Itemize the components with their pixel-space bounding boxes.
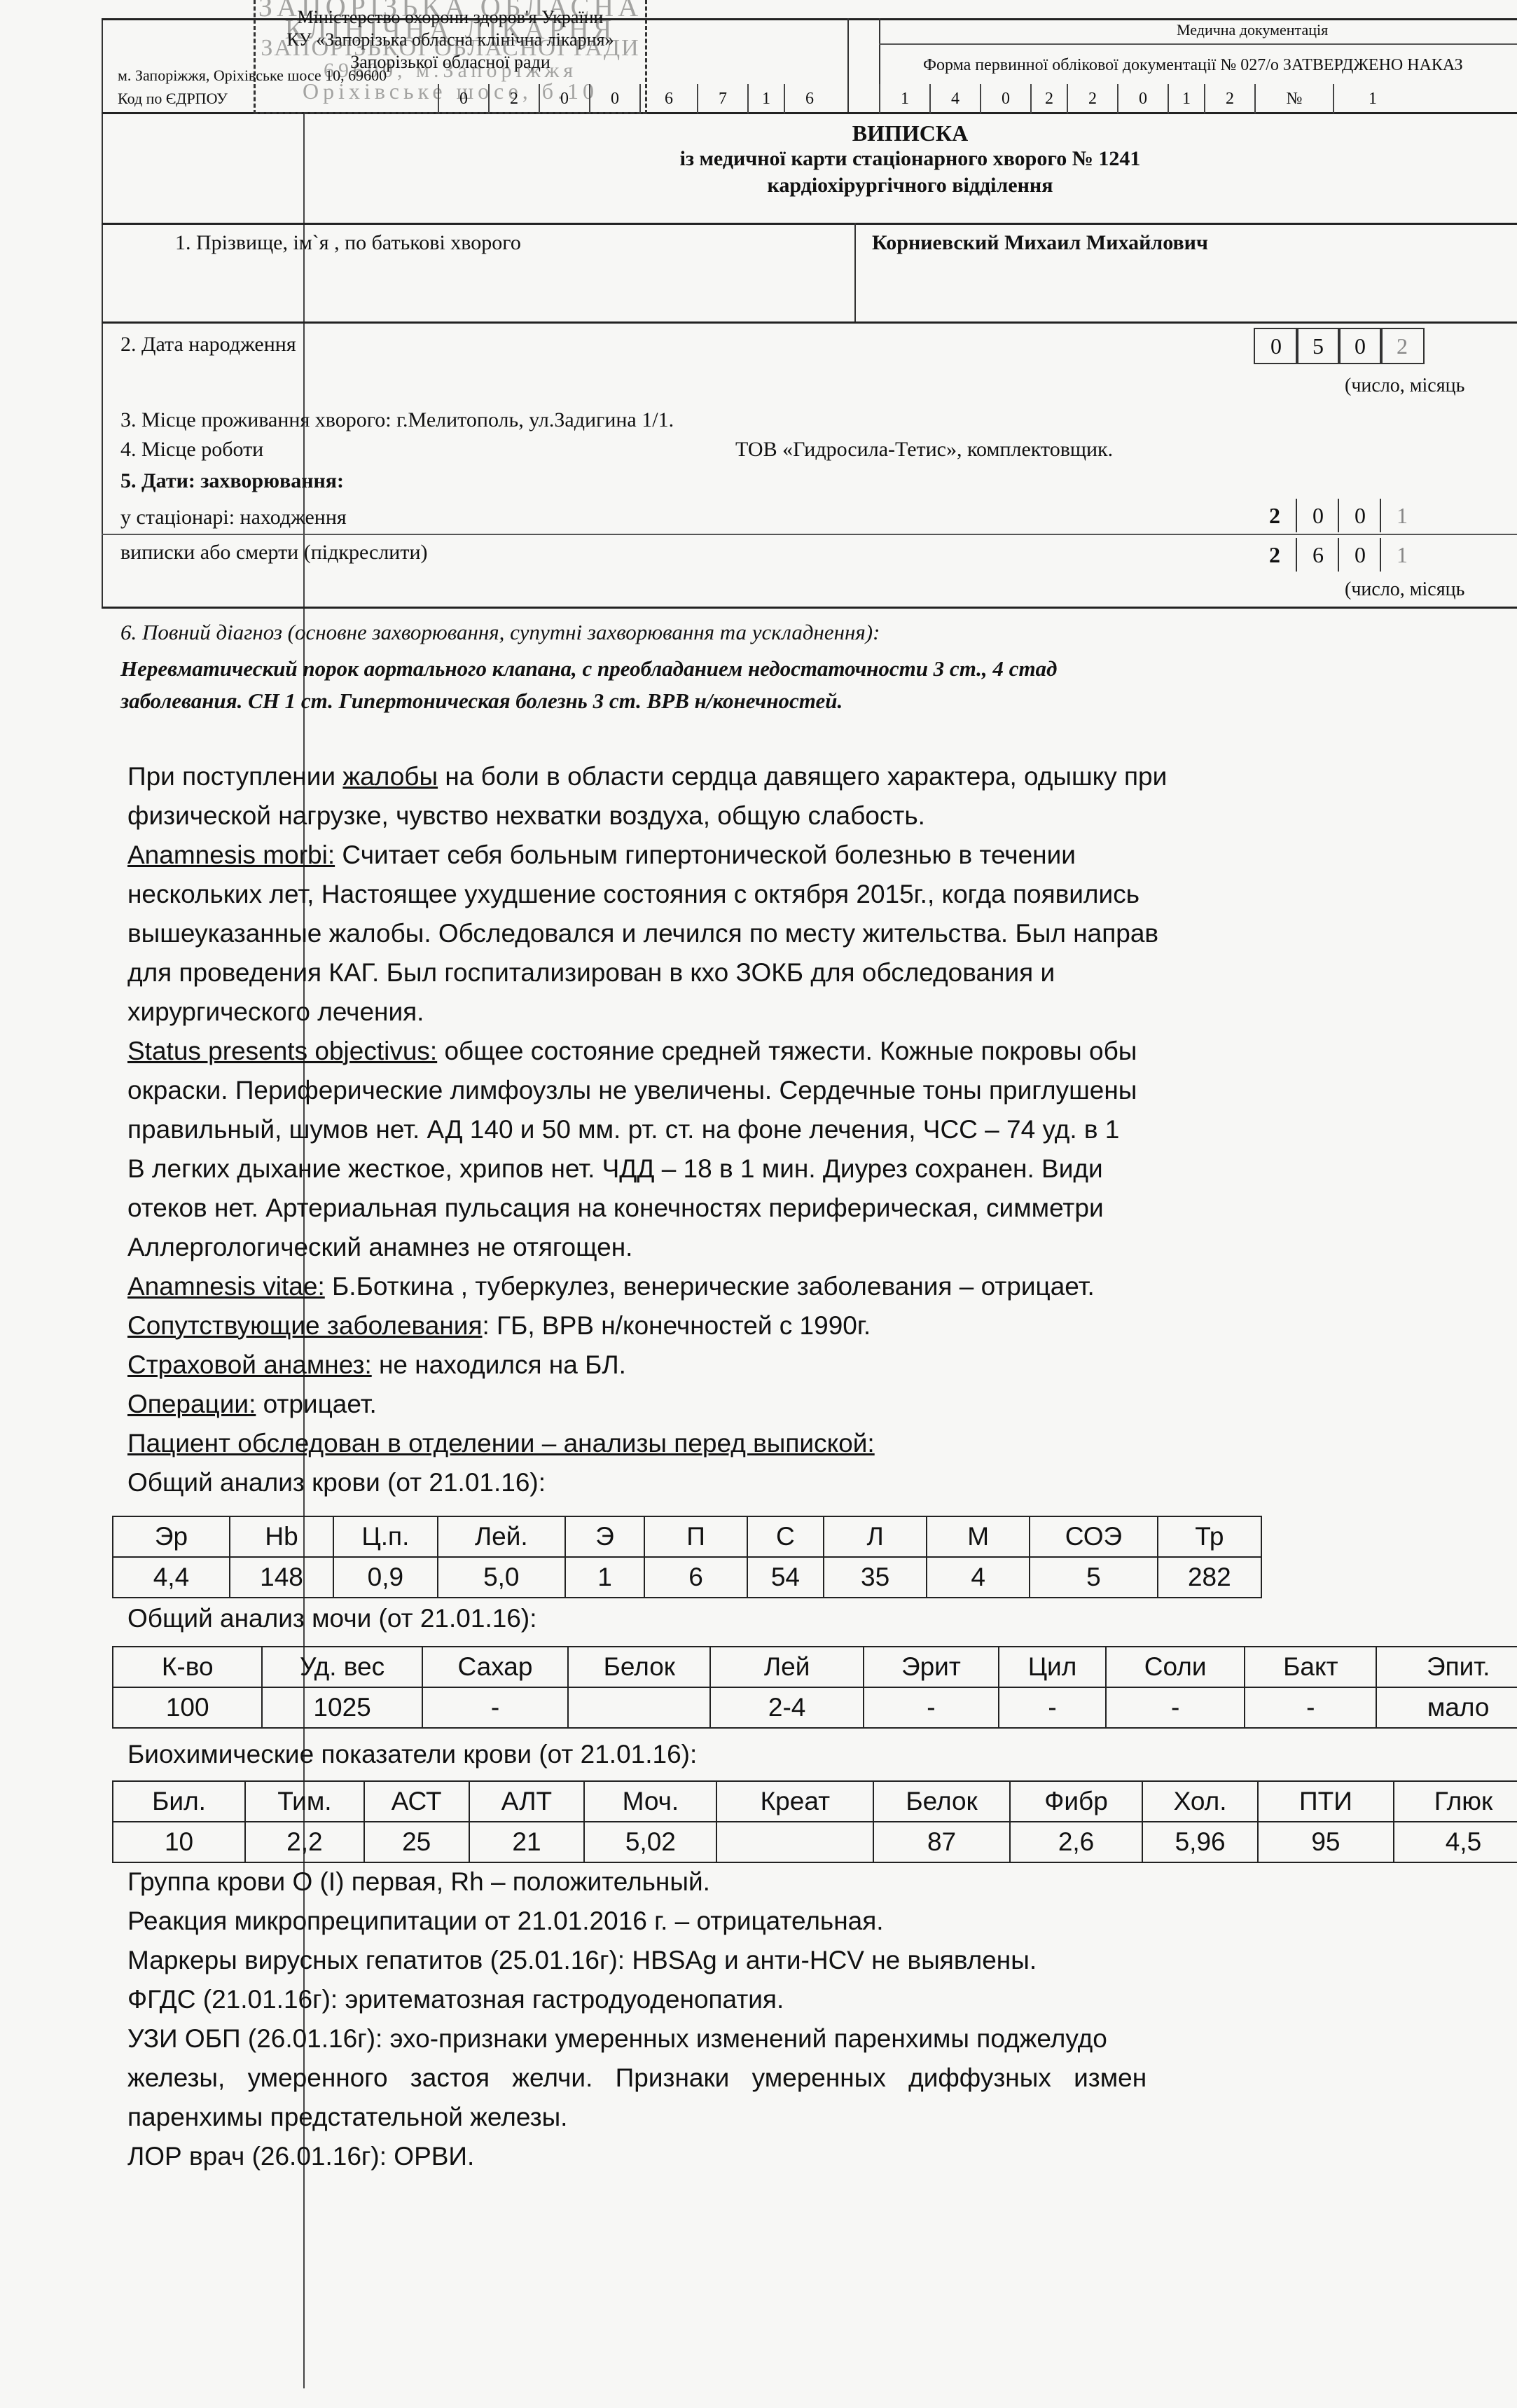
table-cell: мало xyxy=(1376,1687,1517,1728)
table-cell: 148 xyxy=(230,1557,333,1598)
column-header: К-во xyxy=(113,1647,262,1687)
uzi-line-1: УЗИ ОБП (26.01.16г): эхо-признаки умерен… xyxy=(127,2024,1107,2054)
blood-test-table: ЭрHbЦ.п.Лей.ЭПСЛМСОЭТр4,41480,95,0165435… xyxy=(112,1516,1262,1598)
table-row: 102,225215,02872,65,96954,5 xyxy=(113,1822,1517,1862)
document-title: ВИПИСКА xyxy=(303,120,1517,146)
status-line-3: правильный, шумов нет. АД 140 и 50 мм. р… xyxy=(127,1115,1119,1144)
microprecipitation: Реакция микропреципитации от 21.01.2016 … xyxy=(127,1907,884,1936)
operations: Операции: отрицает. xyxy=(127,1390,377,1419)
table-cell: 5,96 xyxy=(1142,1822,1258,1862)
column-header: Лей xyxy=(710,1647,863,1687)
table-cell: 100 xyxy=(113,1687,262,1728)
table-cell: 6 xyxy=(644,1557,747,1598)
comorbidities-label: Сопутствующие заболевания xyxy=(127,1311,483,1340)
column-header: Л xyxy=(824,1516,927,1557)
order-code: 14022012№1 xyxy=(879,84,1411,113)
anamnesis-morbi-line-3: вышеуказанные жалобы. Обследовался и леч… xyxy=(127,919,1158,948)
column-header: АСТ xyxy=(364,1781,469,1822)
complaints-line-2: физической нагрузке, чувство нехватки во… xyxy=(127,801,925,831)
date-digit: 0 xyxy=(1338,538,1381,572)
code-digit: 2 xyxy=(1030,84,1067,113)
form-label: Форма первинної облікової документації №… xyxy=(923,56,1463,75)
text: общее состояние средней тяжести. Кожные … xyxy=(437,1037,1137,1065)
table-cell: - xyxy=(1106,1687,1245,1728)
table-cell: 1 xyxy=(565,1557,644,1598)
dob-hint: (число, місяць xyxy=(1345,375,1464,397)
examined-heading: Пациент обследован в отделении – анализы… xyxy=(127,1429,875,1458)
code-digit: 0 xyxy=(1117,84,1168,113)
column-header: Бил. xyxy=(113,1781,245,1822)
anamnesis-morbi-line-4: для проведения КАГ. Был госпитализирован… xyxy=(127,958,1055,988)
code-digit: 0 xyxy=(589,84,639,113)
table-row: 1001025-2-4----мало xyxy=(113,1687,1517,1728)
patient-name-label: 1. Прізвище, ім`я , по батькові хворого xyxy=(175,231,521,255)
column-header: Креат xyxy=(716,1781,873,1822)
table-cell: 87 xyxy=(873,1822,1010,1862)
code-digit: 6 xyxy=(639,84,697,113)
table-header-row: ЭрHbЦ.п.Лей.ЭПСЛМСОЭТр xyxy=(113,1516,1261,1557)
table-cell: 282 xyxy=(1158,1557,1261,1598)
uzi-line-2: железы, умеренного застоя желчи. Признак… xyxy=(127,2063,1147,2093)
disease-dates-label: 5. Дати: захворювання: xyxy=(120,469,344,493)
column-header: Hb xyxy=(230,1516,333,1557)
form-left-border xyxy=(102,18,103,607)
code-digit: 2 xyxy=(1067,84,1117,113)
table-cell: 1025 xyxy=(262,1687,422,1728)
table-cell: 0,9 xyxy=(333,1557,437,1598)
column-header: Э xyxy=(565,1516,644,1557)
table-row: 4,41480,95,016543545282 xyxy=(113,1557,1261,1598)
table-cell: 5 xyxy=(1030,1557,1158,1598)
uzi-line-3: паренхимы предстательной железы. xyxy=(127,2103,567,2132)
urine-test-title: Общий анализ мочи (от 21.01.16): xyxy=(127,1604,536,1633)
complaints-line-1: При поступлении жалобы на боли в области… xyxy=(127,762,1167,791)
comorbidities: Сопутствующие заболевания: ГБ, ВРВ н/кон… xyxy=(127,1311,871,1341)
column-header: Уд. вес xyxy=(262,1647,422,1687)
table-cell: 4,4 xyxy=(113,1557,230,1598)
code-digit: 0 xyxy=(539,84,589,113)
residence: 3. Місце проживання хворого: г.Мелитопол… xyxy=(120,408,674,432)
table-cell: 35 xyxy=(824,1557,927,1598)
date-digit: 0 xyxy=(1338,499,1381,532)
column-header: СОЭ xyxy=(1030,1516,1158,1557)
code-digit: № xyxy=(1254,84,1333,113)
name-bottom-border xyxy=(102,321,1517,324)
date-digit: 2 xyxy=(1254,499,1296,532)
diagnosis-label: 6. Повний діагноз (основне захворювання,… xyxy=(120,620,880,645)
column-header: М xyxy=(927,1516,1030,1557)
edrpou-label: Код по ЄДРПОУ xyxy=(118,90,228,108)
column-header: Эр xyxy=(113,1516,230,1557)
anamnesis-morbi-line-1: Anamnesis morbi: Считает себя больным ги… xyxy=(127,840,1076,870)
table-cell: 5,02 xyxy=(584,1822,716,1862)
code-digit: 1 xyxy=(1333,84,1411,113)
date-digit: 1 xyxy=(1380,499,1423,532)
table-cell: 25 xyxy=(364,1822,469,1862)
biochem-test-table: Бил.Тим.АСТАЛТМоч.КреатБелокФибрХол.ПТИГ… xyxy=(112,1780,1517,1863)
table-cell: 2-4 xyxy=(710,1687,863,1728)
date-digit: 0 xyxy=(1338,328,1383,364)
code-digit: 6 xyxy=(784,84,834,113)
blood-group: Группа крови О (I) первая, Rh – положите… xyxy=(127,1867,710,1897)
insurance-history: Страховой анамнез: не находился на БЛ. xyxy=(127,1350,626,1380)
anamnesis-vitae: Anamnesis vitae: Б.Боткина , туберкулез,… xyxy=(127,1272,1095,1301)
table-cell: - xyxy=(1245,1687,1376,1728)
lor-result: ЛОР врач (26.01.16г): ОРВИ. xyxy=(127,2142,474,2171)
code-digit: 4 xyxy=(929,84,980,113)
table-header-row: К-воУд. весСахарБелокЛейЭритЦилСолиБактЭ… xyxy=(113,1647,1517,1687)
diagnosis-line-1: Неревматический порок аортального клапан… xyxy=(120,656,1057,681)
text: : ГБ, ВРВ н/конечностей с 1990г. xyxy=(483,1311,871,1340)
status-line-5: отеков нет. Артериальная пульсация на ко… xyxy=(127,1193,1104,1223)
patient-name-value: Корниевский Михаил Михайлович xyxy=(872,231,1208,255)
date-digit: 5 xyxy=(1296,328,1341,364)
biochem-test-title: Биохимические показатели крови (от 21.01… xyxy=(127,1740,697,1769)
column-header: Тим. xyxy=(245,1781,364,1822)
operations-label: Операции: xyxy=(127,1390,256,1418)
status-line-6: Аллергологический анамнез не отягощен. xyxy=(127,1233,632,1262)
column-header: Тр xyxy=(1158,1516,1261,1557)
name-divider xyxy=(854,223,856,321)
hepatitis-markers: Маркеры вирусных гепатитов (25.01.16г): … xyxy=(127,1946,1037,1975)
column-header: Бакт xyxy=(1245,1647,1376,1687)
table-cell: 95 xyxy=(1258,1822,1394,1862)
anamnesis-vitae-label: Anamnesis vitae: xyxy=(127,1272,325,1301)
code-digit: 1 xyxy=(1168,84,1204,113)
diagnosis-line-2: заболевания. СН 1 ст. Гипертоническая бо… xyxy=(120,689,843,714)
title-bottom-border xyxy=(102,223,1517,225)
status-line-2: окраски. Периферические лимфоузлы не уве… xyxy=(127,1076,1137,1105)
date-digit: 2 xyxy=(1380,328,1425,364)
blood-test-title: Общий анализ крови (от 21.01.16): xyxy=(127,1468,546,1497)
table-cell: 10 xyxy=(113,1822,245,1862)
column-header: Моч. xyxy=(584,1781,716,1822)
work-value: ТОВ «Гидросила-Тетис», комплектовщик. xyxy=(735,438,1113,462)
header-divider xyxy=(847,18,849,112)
status-line-4: В легких дыхание жесткое, хрипов нет. ЧД… xyxy=(127,1154,1103,1184)
anamnesis-morbi-line-5: хирургического лечения. xyxy=(127,997,424,1027)
column-header: АЛТ xyxy=(469,1781,585,1822)
column-header: ПТИ xyxy=(1258,1781,1394,1822)
column-header: Ц.п. xyxy=(333,1516,437,1557)
column-header: П xyxy=(644,1516,747,1557)
table-cell: 4,5 xyxy=(1394,1822,1517,1862)
date-digit: 0 xyxy=(1296,499,1339,532)
anamnesis-morbi-line-2: нескольких лет, Настоящее ухудшение сост… xyxy=(127,880,1140,909)
insurance-label: Страховой анамнез: xyxy=(127,1350,372,1379)
table-cell xyxy=(568,1687,710,1728)
department-name: кардіохірургічного відділення xyxy=(303,174,1517,198)
section5-bottom-border xyxy=(102,607,1517,609)
table-cell: 21 xyxy=(469,1822,585,1862)
date-digit: 0 xyxy=(1254,328,1298,364)
discharge-hint: (число, місяць xyxy=(1345,579,1464,601)
column-header: Соли xyxy=(1106,1647,1245,1687)
column-header: Белок xyxy=(568,1647,710,1687)
date-digit: 6 xyxy=(1296,538,1339,572)
text: При поступлении xyxy=(127,762,342,791)
table-cell: - xyxy=(422,1687,568,1728)
text: на боли в области сердца давящего характ… xyxy=(438,762,1167,791)
text: отрицает. xyxy=(256,1390,376,1418)
table-cell: - xyxy=(864,1687,999,1728)
anamnesis-morbi-label: Anamnesis morbi: xyxy=(127,840,335,869)
column-header: Цил xyxy=(999,1647,1106,1687)
column-header: Эрит xyxy=(864,1647,999,1687)
table-cell xyxy=(716,1822,873,1862)
table-header-row: Бил.Тим.АСТАЛТМоч.КреатБелокФибрХол.ПТИГ… xyxy=(113,1781,1517,1822)
code-digit: 2 xyxy=(1204,84,1254,113)
admission-label: у стаціонарі: находження xyxy=(120,506,347,530)
column-header: Глюк xyxy=(1394,1781,1517,1822)
admission-divider xyxy=(102,534,1517,535)
text: Считает себя больным гипертонической бол… xyxy=(335,840,1076,869)
discharge-label: виписки або смерти (підкреслити) xyxy=(120,541,428,565)
code-digit: 2 xyxy=(488,84,539,113)
column-header: С xyxy=(747,1516,824,1557)
table-cell: 54 xyxy=(747,1557,824,1598)
code-digit: 1 xyxy=(747,84,784,113)
fgds-result: ФГДС (21.01.16г): эритематозная гастроду… xyxy=(127,1985,784,2014)
column-header: Фибр xyxy=(1010,1781,1142,1822)
edrpou-code: 02006716 xyxy=(438,84,834,113)
text: не находился на БЛ. xyxy=(372,1350,626,1379)
text: Б.Боткина , туберкулез, венерические заб… xyxy=(325,1272,1095,1301)
complaints-label: жалобы xyxy=(342,762,438,791)
document-subtitle: із медичної карти стаціонарного хворого … xyxy=(303,147,1517,171)
code-digit: 0 xyxy=(438,84,488,113)
table-cell: - xyxy=(999,1687,1106,1728)
column-header: Сахар xyxy=(422,1647,568,1687)
column-header: Белок xyxy=(873,1781,1010,1822)
med-doc-label: Медична документація xyxy=(1177,21,1328,39)
column-header: Эпит. xyxy=(1376,1647,1517,1687)
table-cell: 2,6 xyxy=(1010,1822,1142,1862)
status-label: Status presents objectivus: xyxy=(127,1037,437,1065)
status-line-1: Status presents objectivus: общее состоя… xyxy=(127,1037,1137,1066)
column-header: Хол. xyxy=(1142,1781,1258,1822)
med-doc-underline xyxy=(879,43,1517,45)
date-digit: 2 xyxy=(1254,538,1296,572)
date-digit: 1 xyxy=(1380,538,1423,572)
work-label: 4. Місце роботи xyxy=(120,438,263,462)
code-digit: 7 xyxy=(697,84,747,113)
table-cell: 4 xyxy=(927,1557,1030,1598)
column-header: Лей. xyxy=(438,1516,565,1557)
urine-test-table: К-воУд. весСахарБелокЛейЭритЦилСолиБактЭ… xyxy=(112,1646,1517,1729)
dob-label: 2. Дата народження xyxy=(120,333,296,357)
code-digit: 1 xyxy=(879,84,929,113)
hospital-address: м. Запоріжжя, Оріхівське шосе 10, 69600 xyxy=(118,67,387,85)
code-digit: 0 xyxy=(980,84,1030,113)
table-cell: 5,0 xyxy=(438,1557,565,1598)
table-cell: 2,2 xyxy=(245,1822,364,1862)
